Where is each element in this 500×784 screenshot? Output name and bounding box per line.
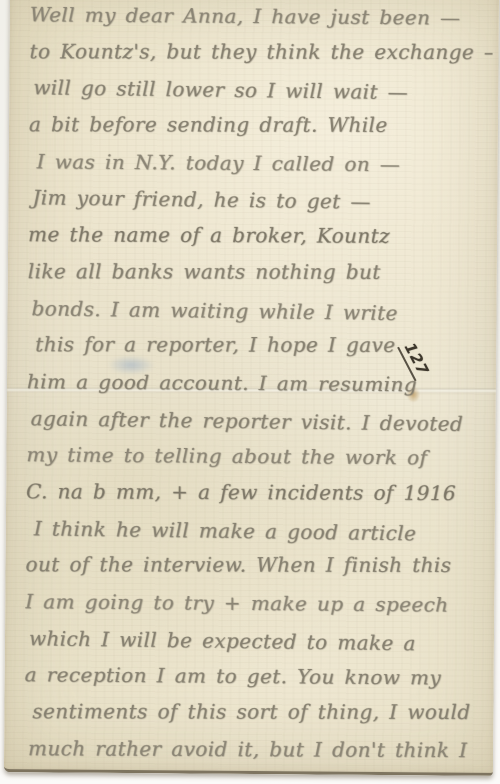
handwritten-line-17: I am going to try + make up a speech — [25, 583, 488, 623]
handwritten-line-2: to Kountz's, but they think the exchange… — [30, 33, 493, 70]
handwritten-line-12: again after the reporter visit. I devote… — [26, 400, 489, 443]
handwritten-line-16: out of the interview. When I finish this — [26, 547, 489, 584]
handwritten-line-13: my time to telling about the work of — [26, 436, 489, 476]
handwritten-line-1: Well my dear Anna, I have just been — — [30, 0, 493, 37]
handwritten-line-14: C. na b mm, + a few incidents of 1916 — [26, 473, 489, 512]
handwritten-line-8: like all banks wants nothing but — [28, 253, 491, 290]
handwritten-line-11: him a good account. I am resuming — [27, 363, 490, 403]
handwritten-line-7: me the name of a broker, Kountz — [28, 216, 491, 255]
handwritten-line-20: sentiments of this sort of thing, I woul… — [24, 693, 487, 730]
letter-body: Well my dear Anna, I have just been —to … — [24, 0, 493, 769]
handwritten-line-18: which I will be expected to make a — [25, 620, 488, 663]
scanned-letter-photo: 127 Well my dear Anna, I have just been … — [0, 0, 500, 784]
letter-page: 127 Well my dear Anna, I have just been … — [4, 0, 499, 776]
handwritten-line-4: a bit before sending draft. While — [29, 106, 492, 143]
handwritten-line-5: I was in N.Y. today I called on — — [29, 143, 492, 183]
handwritten-line-21: much rather avoid it, but I don't think … — [24, 730, 487, 769]
handwritten-line-19: a reception I am to get. You know my — [25, 657, 488, 697]
handwritten-line-10: this for a reporter, I hope I gave — [27, 326, 490, 363]
